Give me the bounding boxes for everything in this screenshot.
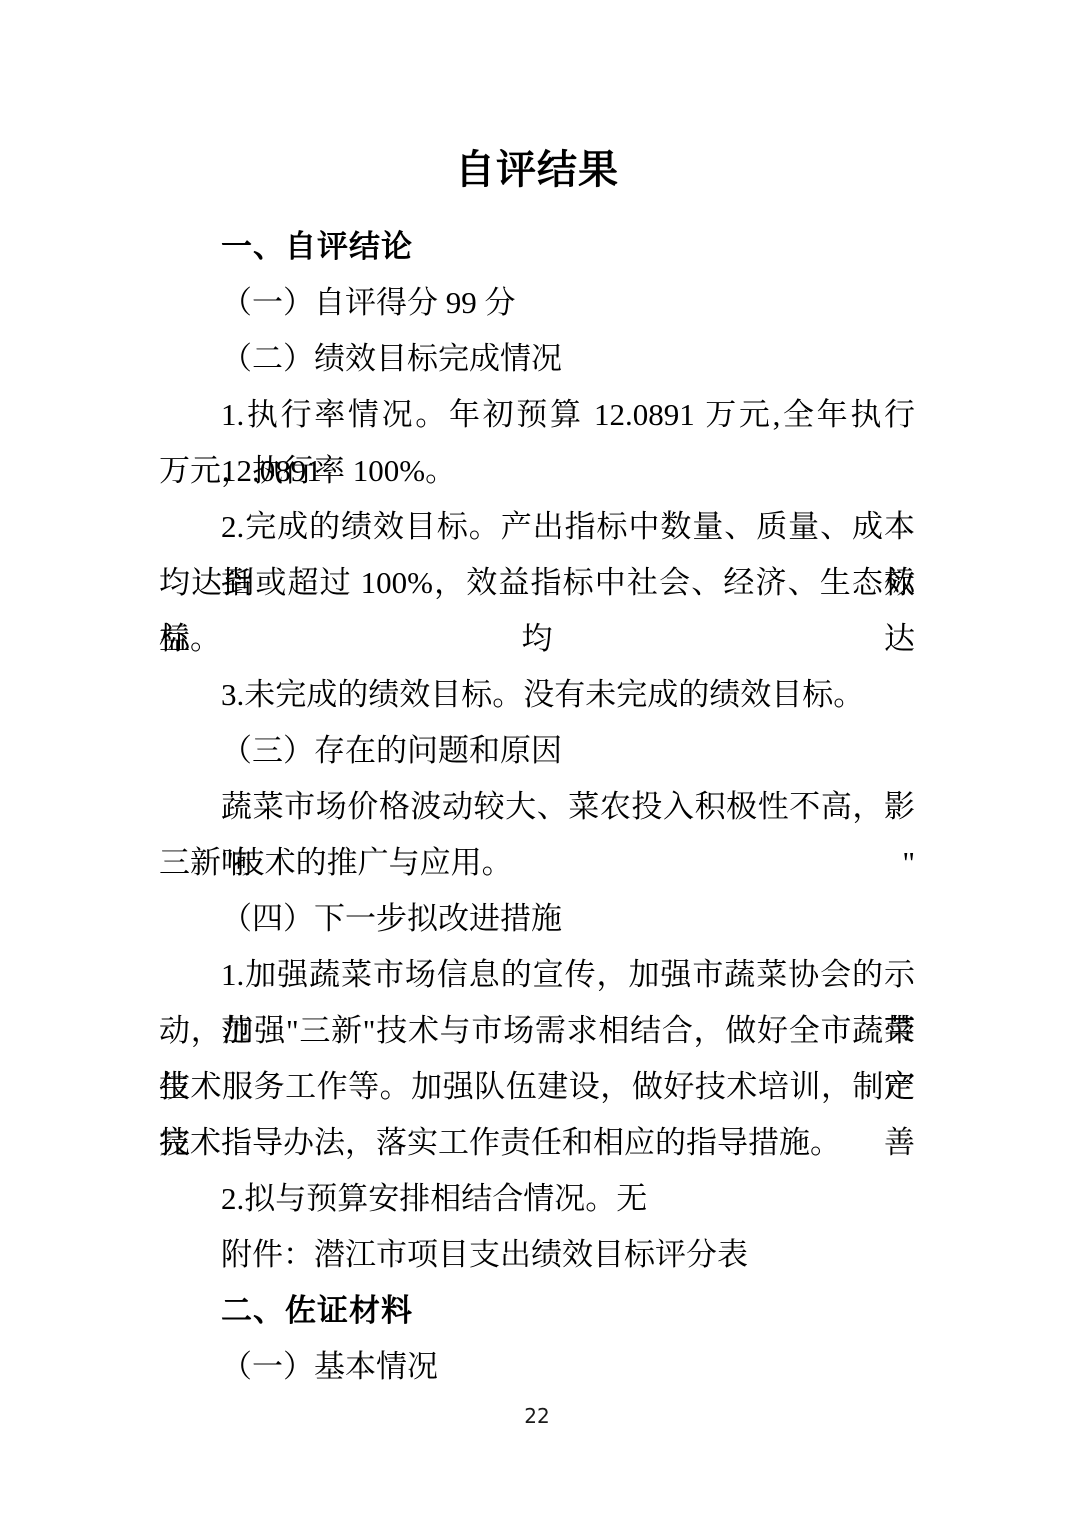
- subheading-basic-information: （一）基本情况: [159, 1339, 915, 1395]
- para-execution-rate-line-1: 1.执行率情况。年初预算 12.0891 万元,全年执行 12.0891: [159, 387, 915, 443]
- subheading-problems-and-causes: （三）存在的问题和原因: [159, 723, 915, 779]
- para-improvement-line-1: 1.加强蔬菜市场信息的宣传，加强市蔬菜协会的示范带: [159, 947, 915, 1003]
- para-budget-combination: 2.拟与预算安排相结合情况。无: [159, 1171, 915, 1227]
- para-improvement-line-2: 动，加强"三新"技术与市场需求相结合，做好全市蔬菜生产: [159, 1003, 915, 1059]
- page-number: 22: [0, 1403, 1074, 1429]
- para-completed-targets-line-2: 均达到或超过 100%，效益指标中社会、经济、生态效益均达: [159, 555, 915, 611]
- document-page: 自评结果 一、自评结论 （一）自评得分 99 分 （二）绩效目标完成情况 1.执…: [0, 0, 1074, 1520]
- page-title: 自评结果: [159, 142, 915, 198]
- para-improvement-line-3: 技术服务工作等。加强队伍建设，做好技术培训，制定完善: [159, 1059, 915, 1115]
- para-uncompleted-targets: 3.未完成的绩效目标。没有未完成的绩效目标。: [159, 667, 915, 723]
- para-problems-line-1: 蔬菜市场价格波动较大、菜农投入积极性不高，影响": [159, 779, 915, 835]
- para-improvement-line-4: 技术指导办法，落实工作责任和相应的指导措施。: [159, 1115, 915, 1171]
- para-execution-rate-line-2: 万元，执行率 100%。: [159, 443, 915, 499]
- attachment-note: 附件：潜江市项目支出绩效目标评分表: [159, 1227, 915, 1283]
- subheading-performance-target-completion: （二）绩效目标完成情况: [159, 331, 915, 387]
- subheading-self-evaluation-score: （一）自评得分 99 分: [159, 275, 915, 331]
- subheading-improvement-measures: （四）下一步拟改进措施: [159, 891, 915, 947]
- para-completed-targets-line-1: 2.完成的绩效目标。产出指标中数量、质量、成本指标: [159, 499, 915, 555]
- heading-supporting-materials: 二、佐证材料: [159, 1283, 915, 1339]
- heading-self-evaluation-conclusion: 一、自评结论: [159, 219, 915, 275]
- document-body: 一、自评结论 （一）自评得分 99 分 （二）绩效目标完成情况 1.执行率情况。…: [159, 219, 915, 1395]
